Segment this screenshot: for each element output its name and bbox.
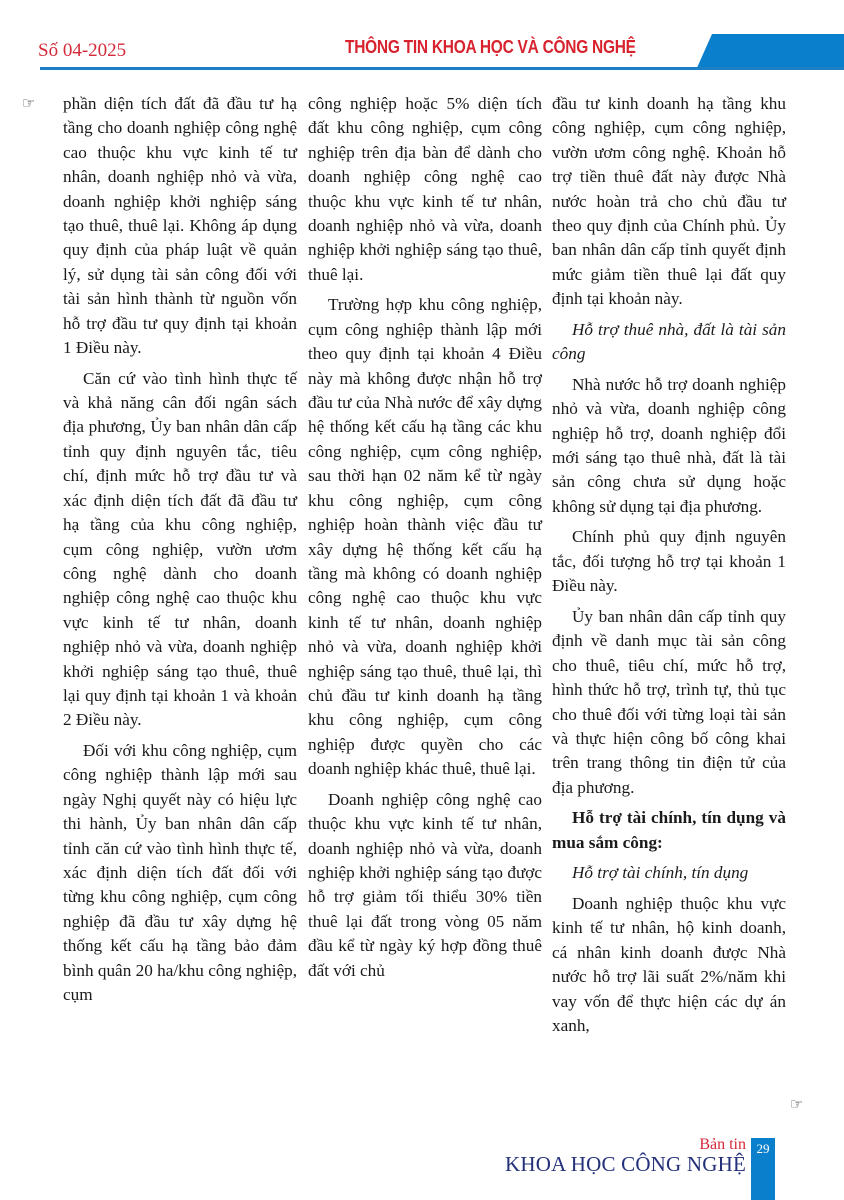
paragraph: Ủy ban nhân dân cấp tỉnh quy định về dan… (552, 605, 786, 800)
article-column-3: đầu tư kinh doanh hạ tầng khu công nghiệ… (552, 92, 786, 1045)
section-heading: Hỗ trợ tài chính, tín dụng và mua sắm cô… (552, 806, 786, 855)
magazine-title: THÔNG TIN KHOA HỌC VÀ CÔNG NGHỆ (345, 37, 636, 58)
header-rule (40, 67, 844, 70)
header-accent-band (696, 34, 844, 70)
paragraph: Đối với khu công nghiệp, cụm công nghiệp… (63, 739, 297, 1007)
page-header: Số 04-2025 THÔNG TIN KHOA HỌC VÀ CÔNG NG… (0, 0, 844, 75)
page-number-tab: 29 (751, 1138, 775, 1200)
paragraph: Doanh nghiệp công nghệ cao thuộc khu vực… (308, 788, 542, 983)
paragraph: Căn cứ vào tình hình thực tế và khả năng… (63, 367, 297, 733)
paragraph: Chính phủ quy định nguyên tắc, đối tượng… (552, 525, 786, 598)
issue-number: Số 04-2025 (38, 40, 126, 62)
page-number: 29 (751, 1141, 775, 1157)
paragraph: đầu tư kinh doanh hạ tầng khu công nghiệ… (552, 92, 786, 312)
footer-brand: KHOA HỌC CÔNG NGHỆ (505, 1152, 746, 1177)
paragraph: công nghiệp hoặc 5% diện tích đất khu cô… (308, 92, 542, 287)
pointing-hand-icon: ☞ (790, 1095, 803, 1113)
paragraph: Trường hợp khu công nghiệp, cụm công ngh… (308, 293, 542, 781)
pointing-hand-icon: ☞ (22, 94, 35, 112)
article-column-1: phần diện tích đất đã đầu tư hạ tầng cho… (63, 92, 297, 1014)
subheading-italic: Hỗ trợ thuê nhà, đất là tài sản công (552, 318, 786, 367)
paragraph: phần diện tích đất đã đầu tư hạ tầng cho… (63, 92, 297, 360)
subheading-italic: Hỗ trợ tài chính, tín dụng (552, 861, 786, 885)
article-column-2: công nghiệp hoặc 5% diện tích đất khu cô… (308, 92, 542, 989)
paragraph: Nhà nước hỗ trợ doanh nghiệp nhỏ và vừa,… (552, 373, 786, 519)
paragraph: Doanh nghiệp thuộc khu vực kinh tế tư nh… (552, 892, 786, 1038)
